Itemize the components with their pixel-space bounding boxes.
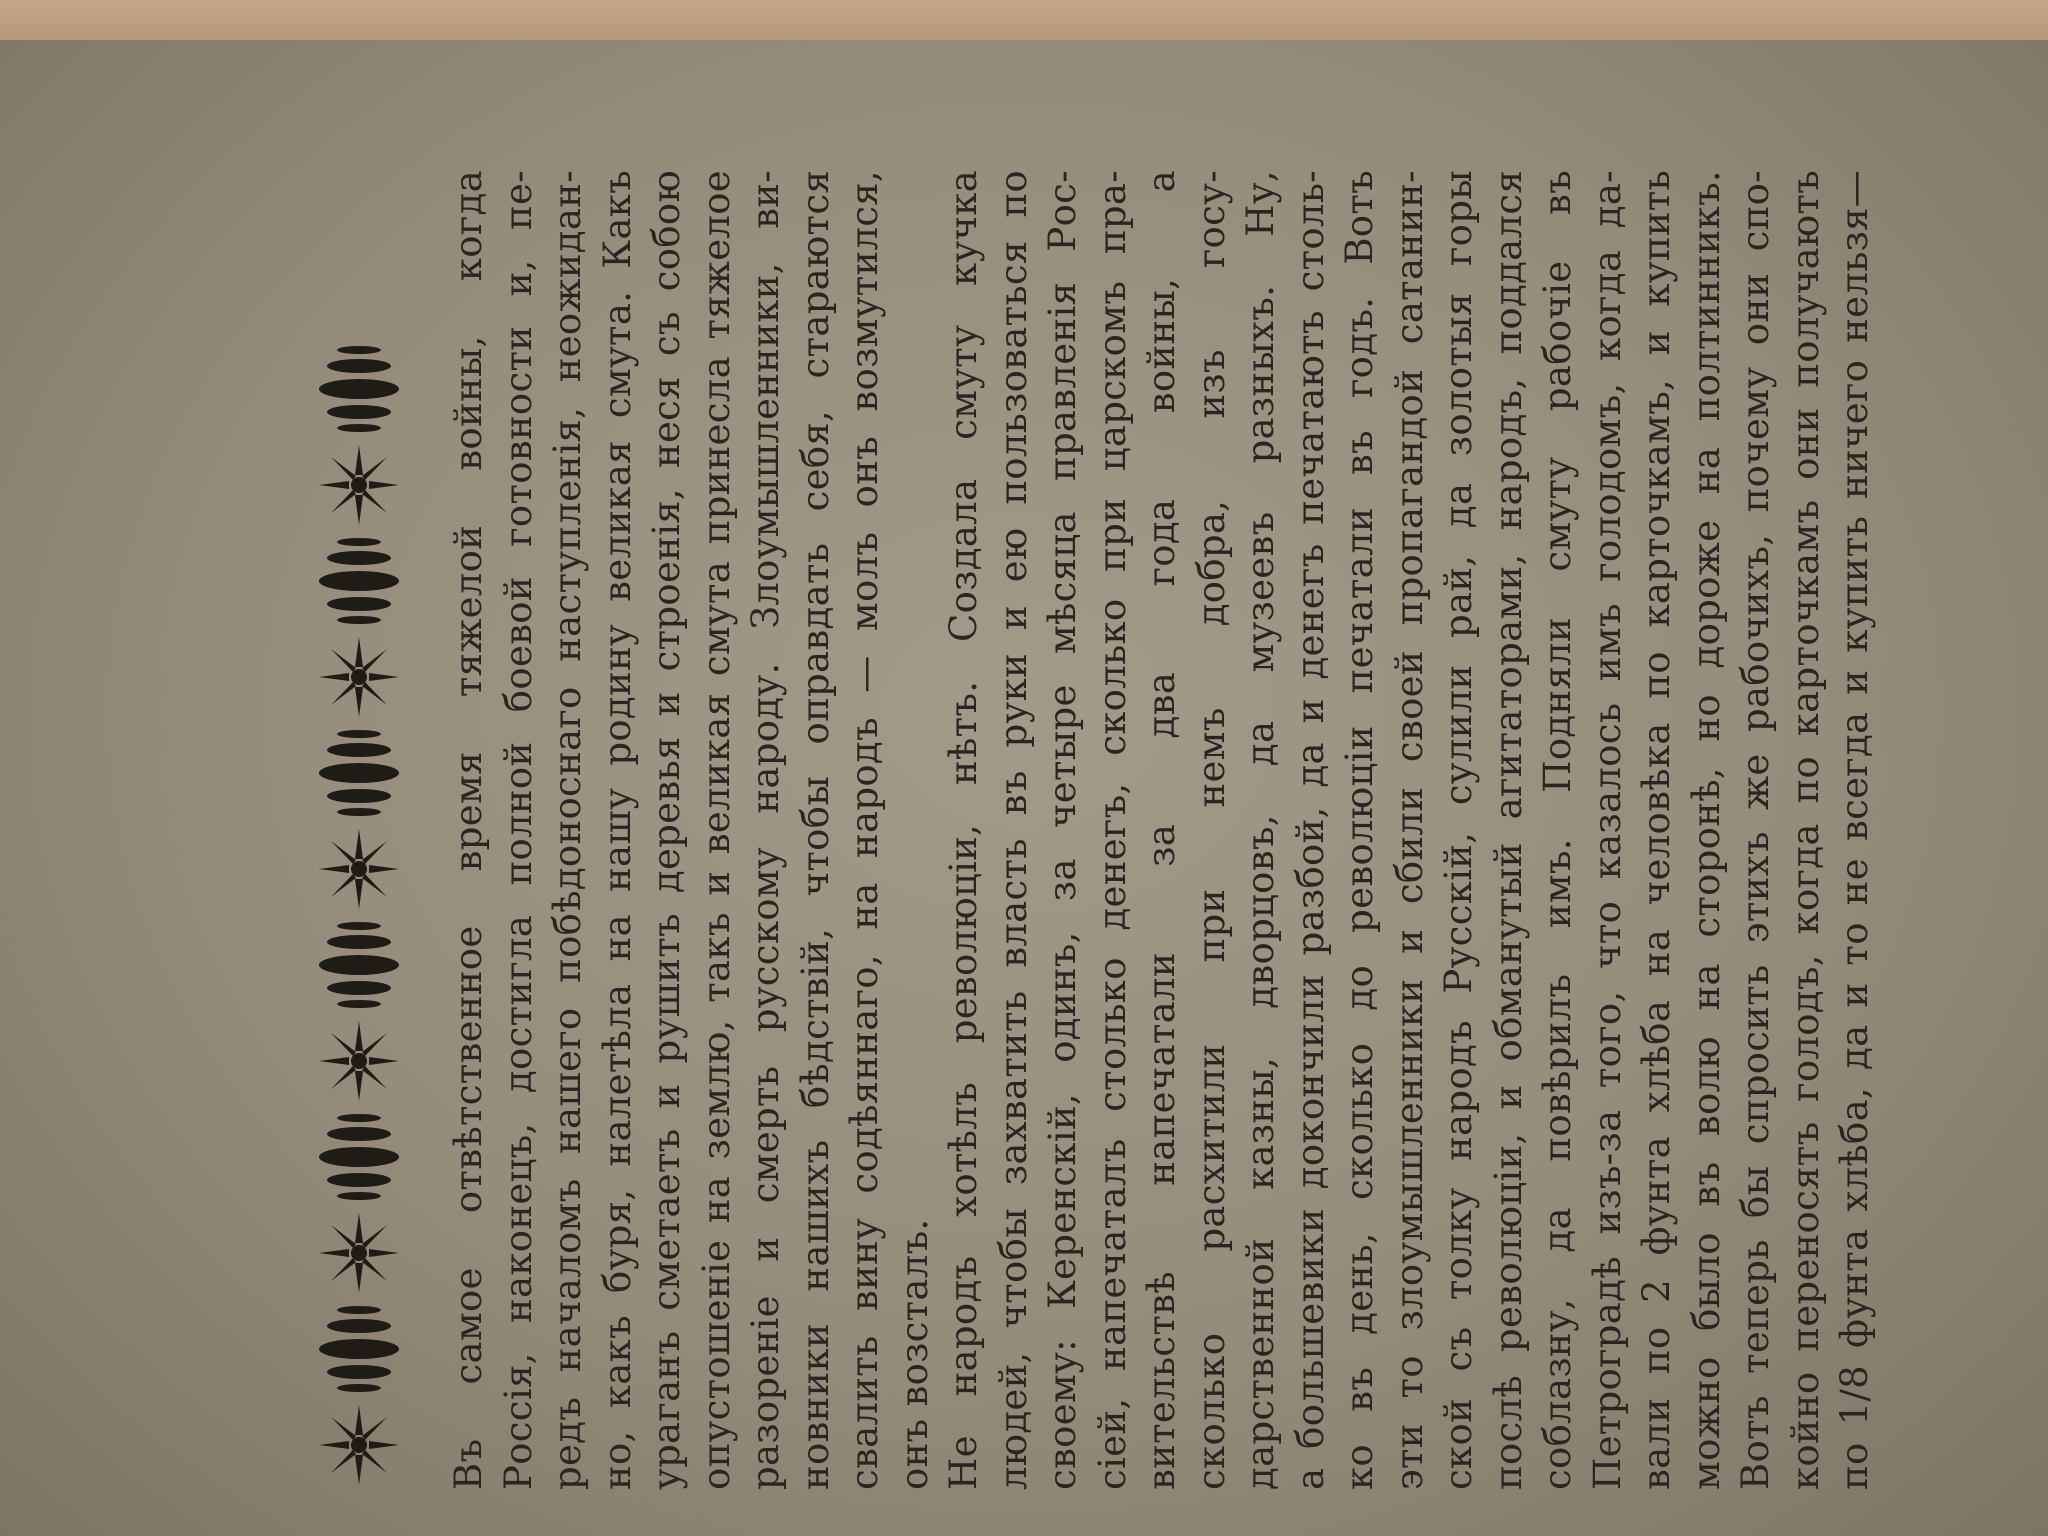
- text-line: Петроградѣ изъ-за того, что казалось имъ…: [1583, 170, 1633, 1490]
- text-line: свалить вину содѣяннаго, на народъ — мол…: [840, 170, 890, 1490]
- flower-ornament-icon: [309, 440, 409, 530]
- text-line: своему: Керенскій, одинъ, за четыре мѣся…: [1038, 170, 1088, 1490]
- leaf-ornament-icon: [309, 344, 409, 434]
- floral-ornament-border: [304, 290, 414, 1490]
- text-line: койно переносятъ голодъ, когда по карточ…: [1781, 170, 1831, 1490]
- text-line: Россія, наконецъ, достигла полной боевой…: [494, 170, 544, 1490]
- text-line: но, какъ буря, налетѣла на нашу родину в…: [593, 170, 643, 1490]
- flower-ornament-icon: [309, 824, 409, 914]
- text-line: послѣ революціи, и обманутый агитаторами…: [1484, 170, 1534, 1490]
- rotated-page-content: Въ самое отвѣтственное время тяжелой вой…: [74, 140, 1974, 1520]
- text-line: дарственной казны, дворцовъ, да музеевъ …: [1236, 170, 1286, 1490]
- leaf-ornament-icon: [309, 1112, 409, 1202]
- text-line: можно было въ волю на сторонѣ, но дороже…: [1682, 170, 1732, 1490]
- leaf-ornament-icon: [309, 920, 409, 1010]
- text-line: эти то злоумышленники и сбили своей проп…: [1385, 170, 1435, 1490]
- leaf-ornament-icon: [309, 536, 409, 626]
- body-text: Въ самое отвѣтственное время тяжелой вой…: [444, 170, 1880, 1490]
- text-line: ко въ день, сколько до революціи печатал…: [1335, 170, 1385, 1490]
- text-line: сколько расхитили при немъ добра, изъ го…: [1187, 170, 1237, 1490]
- text-line: редъ началомъ нашего побѣдоноснаго насту…: [543, 170, 593, 1490]
- text-line: Не народъ хотѣлъ революціи, нѣтъ. Создал…: [939, 170, 989, 1490]
- text-line: разореніе и смерть русскому народу. Злоу…: [741, 170, 791, 1490]
- leaf-ornament-icon: [309, 1304, 409, 1394]
- text-line: ураганъ сметаетъ и рушитъ деревья и стро…: [642, 170, 692, 1490]
- text-line: а большевики докончили разбой, да и дене…: [1286, 170, 1336, 1490]
- text-line: онъ возсталъ.: [890, 170, 940, 1490]
- text-line: людей, чтобы захватить власть въ руки и …: [989, 170, 1039, 1490]
- text-line: новники нашихъ бѣдствій, чтобы оправдать…: [791, 170, 841, 1490]
- text-line: вительствѣ напечатали за два года войны,…: [1137, 170, 1187, 1490]
- text-line: по 1/8 фунта хлѣба, да и то не всегда и …: [1830, 170, 1880, 1490]
- flower-ornament-icon: [309, 1400, 409, 1490]
- leaf-ornament-icon: [309, 728, 409, 818]
- text-line: вали по 2 фунта хлѣба на человѣка по кар…: [1632, 170, 1682, 1490]
- text-line: опустошеніе на землю, такъ и великая сму…: [692, 170, 742, 1490]
- flower-ornament-icon: [309, 1208, 409, 1298]
- text-line: Въ самое отвѣтственное время тяжелой вой…: [444, 170, 494, 1490]
- text-line: сіей, напечаталъ столько денегъ, сколько…: [1088, 170, 1138, 1490]
- paper-page: Въ самое отвѣтственное время тяжелой вой…: [0, 40, 2048, 1536]
- flower-ornament-icon: [309, 1016, 409, 1106]
- flower-ornament-icon: [309, 632, 409, 722]
- text-line: ской съ толку народъ Русскій, сулили рай…: [1434, 170, 1484, 1490]
- table-surface: [0, 0, 2048, 45]
- text-line: соблазну, да повѣрилъ имъ. Подняли смуту…: [1533, 170, 1583, 1490]
- text-line: Вотъ теперь бы спросить этихъ же рабочих…: [1731, 170, 1781, 1490]
